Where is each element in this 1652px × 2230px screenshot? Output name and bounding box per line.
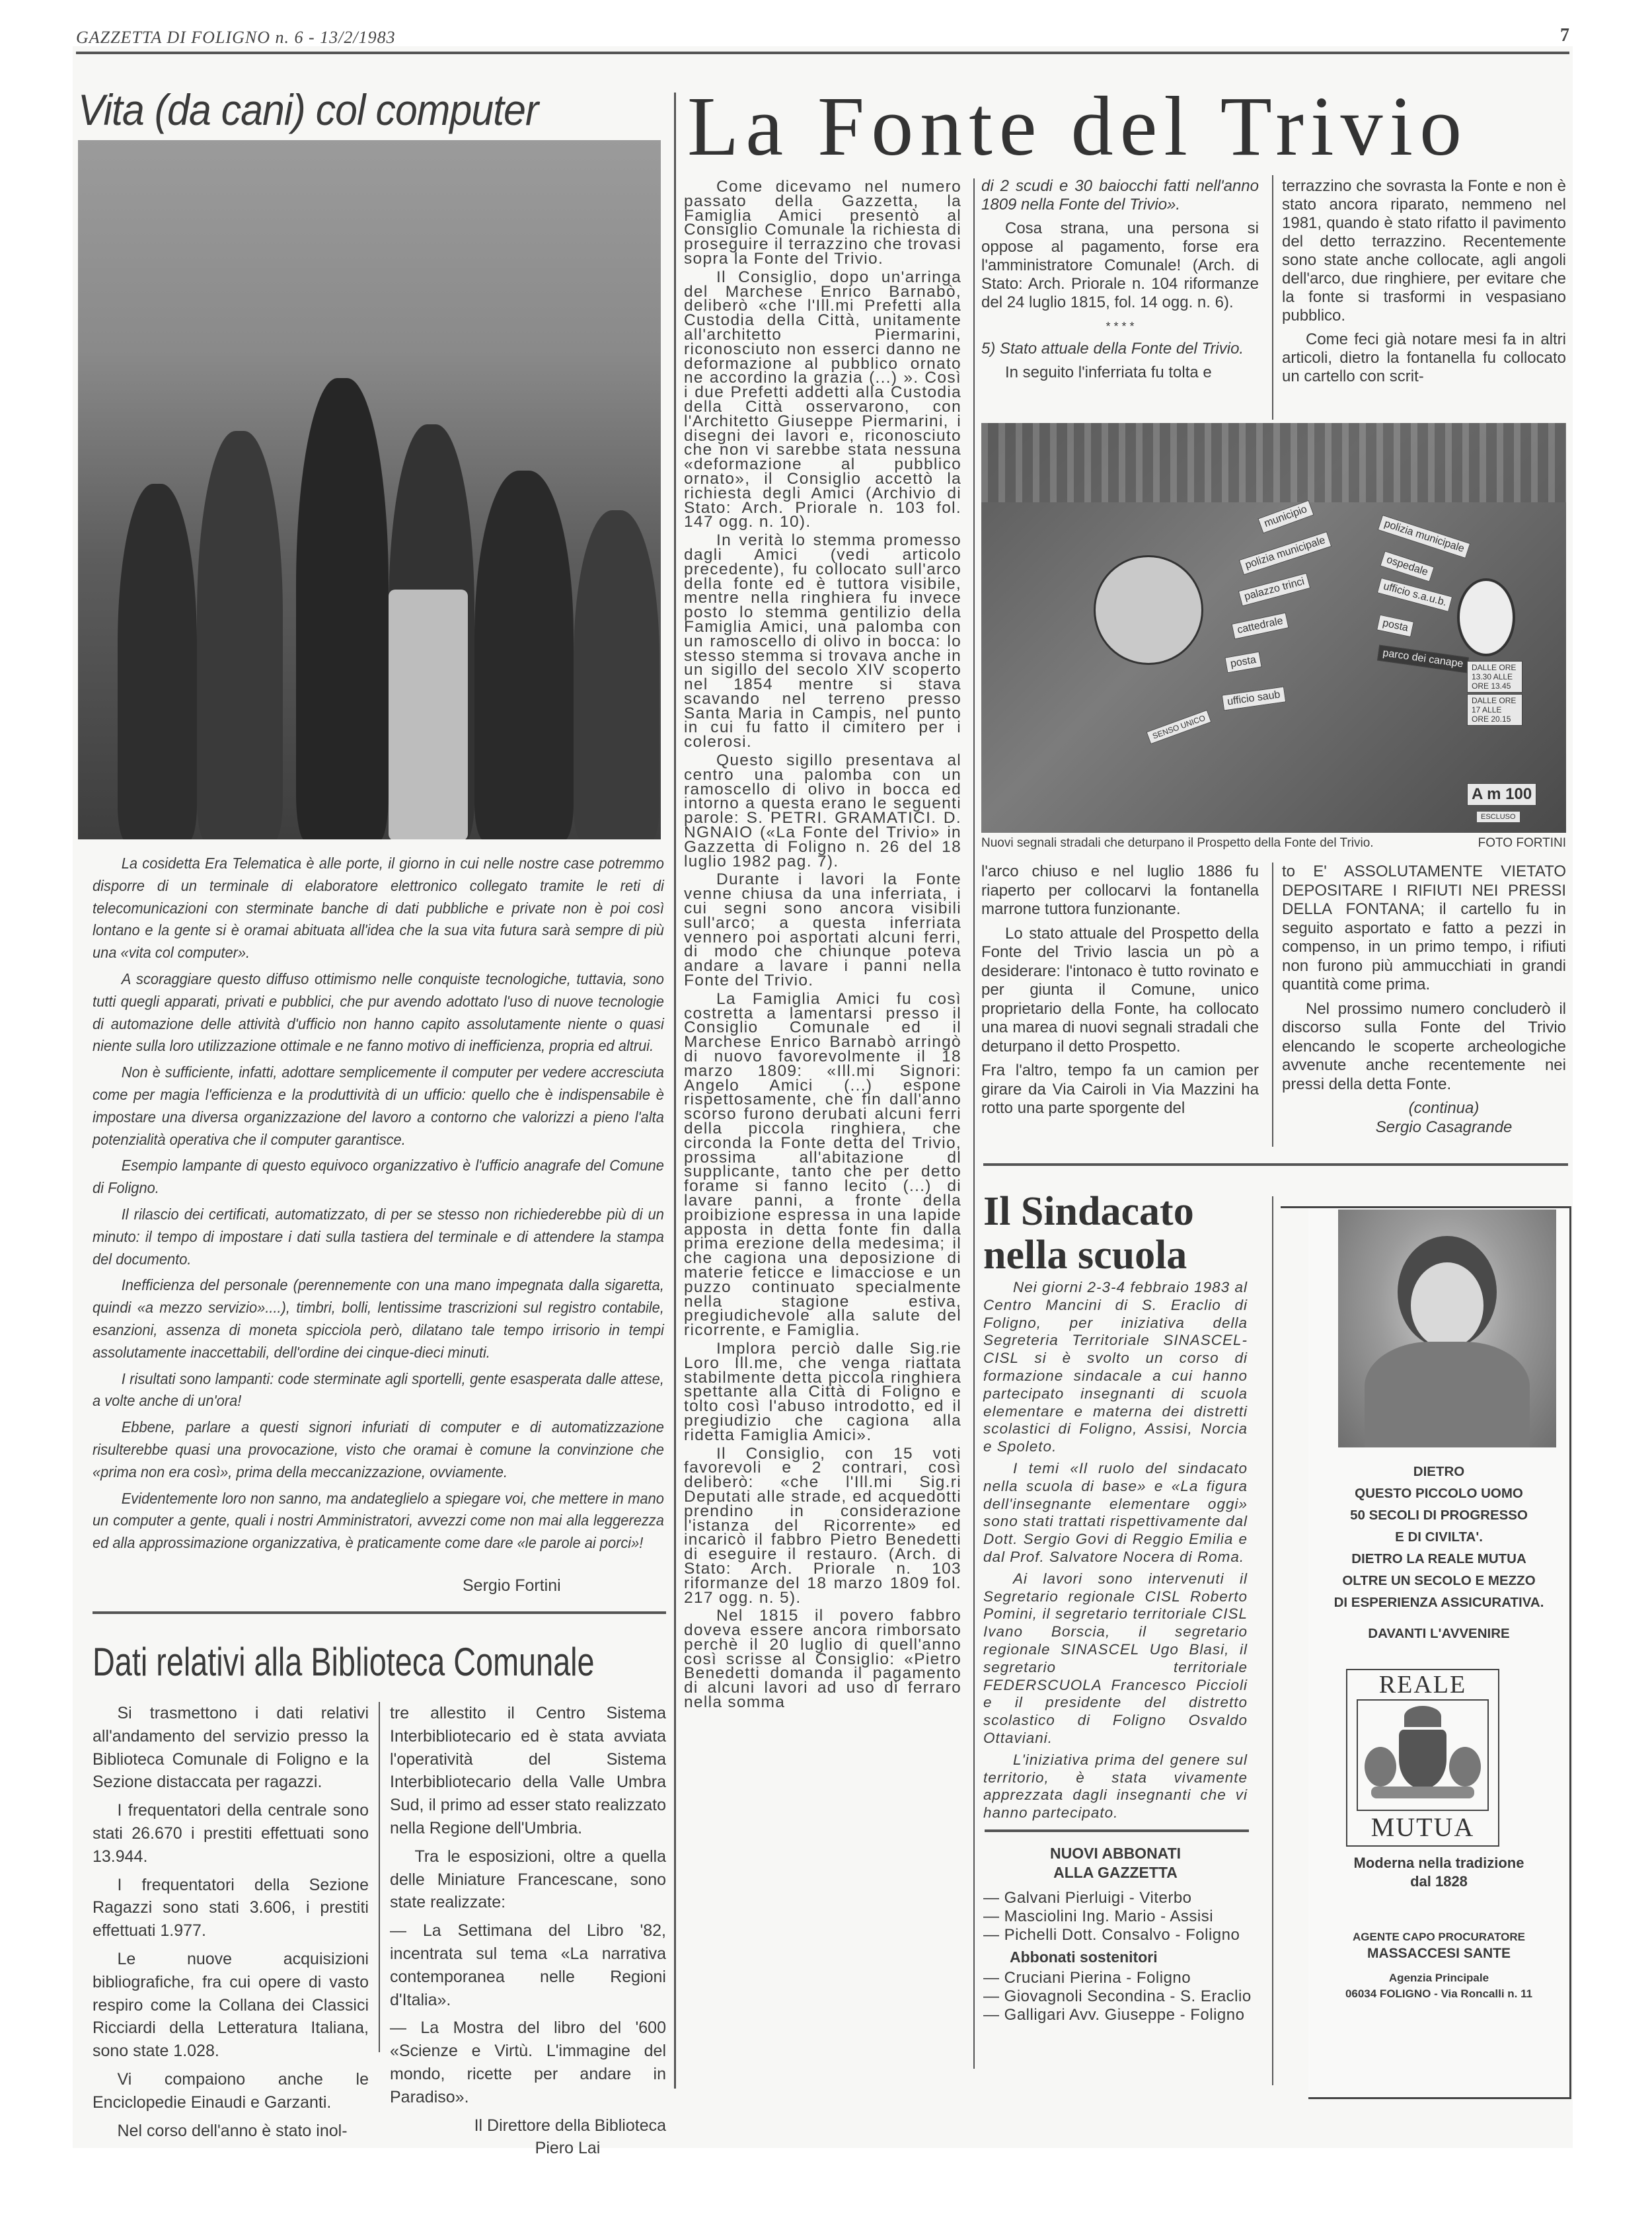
ad-line: DIETRO LA REALE MUTUA (1308, 1548, 1569, 1570)
sign-polizia-municipale: polizia municipale (1239, 531, 1332, 575)
sign-cattedrale: cattedrale (1231, 613, 1289, 640)
continua-note: (continua) (1282, 1099, 1566, 1118)
abbonati-title: NUOVI ABBONATI ALLA GAZZETTA (983, 1844, 1248, 1882)
paragraph: Vi compaiono anche le Enciclopedie Einau… (93, 2068, 369, 2114)
section-stars: * * * * (981, 317, 1259, 336)
ad-line: QUESTO PICCOLO UOMO (1308, 1482, 1569, 1504)
paragraph: l'arco chiuso e nel luglio 1886 fu riape… (981, 863, 1259, 919)
sign-orari-1: DALLE ORE 13.30 ALLE ORE 13.45 (1467, 661, 1522, 693)
ad-line: E DI CIVILTA'. (1308, 1526, 1569, 1548)
paragraph: I risultati sono lampanti: code stermina… (93, 1368, 664, 1413)
headline-line: nella scuola (983, 1233, 1194, 1277)
paragraph: Ebbene, parlare a questi signori infuria… (93, 1416, 664, 1483)
paragraph: In seguito l'inferriata fu tolta e (981, 364, 1259, 382)
sign-ufficio-saub-left: ufficio saub (1222, 687, 1286, 711)
paragraph: di 2 scudi e 30 baiocchi fatti nell'anno… (981, 177, 1259, 214)
column-divider (674, 93, 676, 2089)
paragraph: Ai lavori sono intervenuti il Segretario… (983, 1570, 1248, 1748)
sign-municipio: municipio (1258, 500, 1314, 533)
ad-line: DIETRO (1308, 1461, 1569, 1482)
sign-a-m-100: A m 100 (1467, 783, 1536, 806)
list-item: — Galligari Avv. Giuseppe - Foligno (983, 2006, 1248, 2024)
vita-article-body: La cosidetta Era Telematica è alle porte… (93, 853, 664, 1558)
page-header: GAZZETTA DI FOLIGNO n. 6 - 13/2/1983 7 (76, 28, 1569, 54)
dati-column-1: Si trasmettono i dati relativi all'andam… (93, 1702, 369, 2147)
paragraph: — La Mostra del libro del '600 «Scienze … (390, 2017, 666, 2108)
photo-caption: Nuovi segnali stradali che deturpano il … (981, 836, 1566, 851)
section-rule (983, 1163, 1568, 1166)
column-divider (1272, 863, 1273, 1147)
paragraph: I frequentatori della centrale sono stat… (93, 1799, 369, 1868)
paragraph: — La Settimana del Libro '82, incentrata… (390, 1919, 666, 2011)
sindacato-article-body: Nei giorni 2-3-4 febbraio 1983 al Centro… (983, 1279, 1248, 1826)
column-divider (379, 1702, 380, 2052)
ad-agent-role: AGENTE CAPO PROCURATORE (1308, 1929, 1569, 1945)
list-item: — Giovagnoli Secondina - S. Eraclio (983, 1987, 1248, 2006)
headline-vita-col-computer: Vita (da cani) col computer (78, 85, 619, 135)
title-line: ALLA GAZZETTA (983, 1863, 1248, 1882)
sign-polizia-municipale-right: polizia municipale (1378, 515, 1471, 558)
paragraph: Esempio lampante di questo equivoco orga… (93, 1155, 664, 1200)
sign-posta-left: posta (1224, 652, 1262, 673)
paragraph: Questo sigillo presentava al centro una … (684, 753, 961, 868)
sign-parco-dei-canape: parco dei canape (1377, 645, 1469, 673)
column-divider (973, 178, 975, 2069)
dati-signature-name: Piero Lai (390, 2137, 666, 2160)
paragraph: Lo stato attuale del Prospetto della Fon… (981, 925, 1259, 1057)
paragraph: Nel prossimo numero concluderò il discor… (1282, 1000, 1566, 1095)
sign-orari-2: DALLE ORE 17 ALLE ORE 20.15 (1467, 694, 1522, 726)
sostenitori-title: Abbonati sostenitori (1010, 1948, 1248, 1966)
paragraph: Come feci già notare mesi fa in altri ar… (1282, 330, 1566, 386)
photo-credit: FOTO FORTINI (1478, 836, 1566, 851)
ad-line: OLTRE UN SECOLO E MEZZO (1308, 1570, 1569, 1592)
ad-text-block: DIETRO QUESTO PICCOLO UOMO 50 SECOLI DI … (1308, 1461, 1569, 1644)
paragraph: Durante i lavori la Fonte venne chiusa d… (684, 872, 961, 987)
nuovi-abbonati-box: NUOVI ABBONATI ALLA GAZZETTA — Galvani P… (983, 1844, 1248, 2024)
fonte-column-3-top: terrazzino che sovrasta la Fonte e non è… (1282, 177, 1566, 391)
paragraph: Non è sufficiente, infatti, adottare sem… (93, 1061, 664, 1151)
caption-text: Nuovi segnali stradali che deturpano il … (981, 836, 1374, 850)
ad-line: 50 SECOLI DI PROGRESSO (1308, 1504, 1569, 1526)
paragraph: to E' ASSOLUTAMENTE VIETATO DEPOSITARE I… (1282, 863, 1566, 995)
street-signs-photo: municipio polizia municipale polizia mun… (981, 423, 1566, 833)
reale-mutua-logo: REALE MUTUA (1346, 1669, 1499, 1847)
ad-tagline: DAVANTI L'AVVENIRE (1308, 1623, 1569, 1644)
logo-top-text: REALE (1347, 1670, 1498, 1699)
crest-icon (1357, 1699, 1489, 1811)
fonte-column-3-bottom: to E' ASSOLUTAMENTE VIETATO DEPOSITARE I… (1282, 863, 1566, 1137)
paragraph: Fra l'altro, tempo fa un camion per gira… (981, 1061, 1259, 1118)
paragraph: La Famiglia Amici fu così costretta a la… (684, 992, 961, 1338)
ad-slogan: Moderna nella tradizione (1308, 1854, 1569, 1872)
ad-slogan-year: dal 1828 (1308, 1872, 1569, 1891)
headline-sindacato: Il Sindacato nella scuola (983, 1190, 1194, 1277)
paragraph: A scoraggiare questo diffuso ottimismo n… (93, 968, 664, 1057)
paragraph: Implora perciò dalle Sig.rie Loro Ill.me… (684, 1342, 961, 1443)
paragraph: terrazzino che sovrasta la Fonte e non è… (1282, 177, 1566, 325)
paragraph: Il Consiglio, dopo un'arringa del Marche… (684, 270, 961, 529)
ad-address: 06034 FOLIGNO - Via Roncalli n. 11 (1308, 1986, 1569, 2002)
sign-senso-unico: SENSO UNICO (1146, 710, 1212, 744)
ad-agency: Agenzia Principale (1308, 1970, 1569, 1986)
column-divider (1272, 1196, 1273, 2085)
title-line: NUOVI ABBONATI (983, 1844, 1248, 1863)
headline-fonte-del-trivio: La Fonte del Trivio (687, 78, 1573, 175)
page-number: 7 (1560, 25, 1569, 46)
list-item: — Cruciani Pierina - Foligno (983, 1969, 1248, 1987)
paragraph: Inefficienza del personale (perennemente… (93, 1274, 664, 1364)
paragraph: Come dicevamo nel numero passato della G… (684, 180, 961, 266)
paragraph: Si trasmettono i dati relativi all'andam… (93, 1702, 369, 1794)
sostenitori-list: — Cruciani Pierina - Foligno — Giovagnol… (983, 1969, 1248, 2024)
list-item: — Masciolini Ing. Mario - Assisi (983, 1907, 1248, 1926)
list-item: — Galvani Pierluigi - Viterbo (983, 1889, 1248, 1907)
ad-line: DI ESPERIENZA ASSICURATIVA. (1308, 1592, 1569, 1613)
ad-footer: Moderna nella tradizione dal 1828 AGENTE… (1308, 1854, 1569, 2002)
sign-posta: posta (1376, 615, 1414, 638)
paragraph: La cosidetta Era Telematica è alle porte… (93, 853, 664, 964)
fonte-author: Sergio Casagrande (1282, 1118, 1566, 1137)
fonte-column-2-bottom: l'arco chiuso e nel luglio 1886 fu riape… (981, 863, 1259, 1124)
vita-author: Sergio Fortini (463, 1576, 561, 1596)
fonte-column-1: Come dicevamo nel numero passato della G… (684, 180, 961, 1714)
crowd-photo (78, 140, 661, 839)
paragraph: I temi «Il ruolo del sindacato nella scu… (983, 1460, 1248, 1566)
sign-escluso: ESCLUSO (1477, 812, 1520, 822)
paragraph: Il rilascio dei certificati, automatizza… (93, 1204, 664, 1270)
paragraph: In verità lo stemma promesso dagli Amici… (684, 533, 961, 750)
sign-ospedale: ospedale (1380, 551, 1435, 582)
header-rule (76, 52, 1569, 54)
ad-agent-name: MASSACCESI SANTE (1308, 1945, 1569, 1962)
dati-signature-role: Il Direttore della Biblioteca (390, 2114, 666, 2137)
list-item: — Pichelli Dott. Consalvo - Foligno (983, 1926, 1248, 1944)
paragraph: Evidentemente loro non sanno, ma andateg… (93, 1488, 664, 1555)
paragraph: Nel corso dell'anno è stato inol- (93, 2120, 369, 2143)
paragraph: Le nuove acquisizioni bibliografiche, fr… (93, 1948, 369, 2063)
sign-ufficio-saub: ufficio s.a.u.b. (1377, 578, 1453, 612)
paragraph: I frequentatori della Sezione Ragazzi so… (93, 1874, 369, 1942)
paragraph: Nei giorni 2-3-4 febbraio 1983 al Centro… (983, 1279, 1248, 1456)
headline-dati-biblioteca: Dati relativi alla Biblioteca Comunale (93, 1639, 595, 1685)
paragraph: tre allestito il Centro Sistema Interbib… (390, 1702, 666, 1840)
paragraph: Nel 1815 il povero fabbro doveva essere … (684, 1609, 961, 1710)
section-title: 5) Stato attuale della Fonte del Trivio. (981, 340, 1259, 358)
paragraph: L'iniziativa prima del genere sul territ… (983, 1751, 1248, 1822)
headline-line: Il Sindacato (983, 1190, 1194, 1233)
paragraph: Tra le esposizioni, oltre a quella delle… (390, 1845, 666, 1914)
paragraph: Il Consiglio, con 15 voti favorevoli e 2… (684, 1447, 961, 1605)
child-photo (1338, 1210, 1556, 1447)
nuovi-abbonati-list: — Galvani Pierluigi - Viterbo — Mascioli… (983, 1889, 1248, 1944)
fonte-column-2-top: di 2 scudi e 30 baiocchi fatti nell'anno… (981, 177, 1259, 387)
dati-column-2: tre allestito il Centro Sistema Interbib… (390, 1702, 666, 2160)
paragraph: Cosa strana, una persona si oppose al pa… (981, 219, 1259, 312)
section-rule (93, 1611, 666, 1614)
masthead: GAZZETTA DI FOLIGNO n. 6 - 13/2/1983 (76, 28, 396, 48)
section-rule (985, 1829, 1249, 1832)
logo-bottom-text: MUTUA (1347, 1811, 1498, 1844)
column-divider (1272, 175, 1273, 420)
sign-palazzo-trinci: palazzo trinci (1238, 573, 1311, 607)
